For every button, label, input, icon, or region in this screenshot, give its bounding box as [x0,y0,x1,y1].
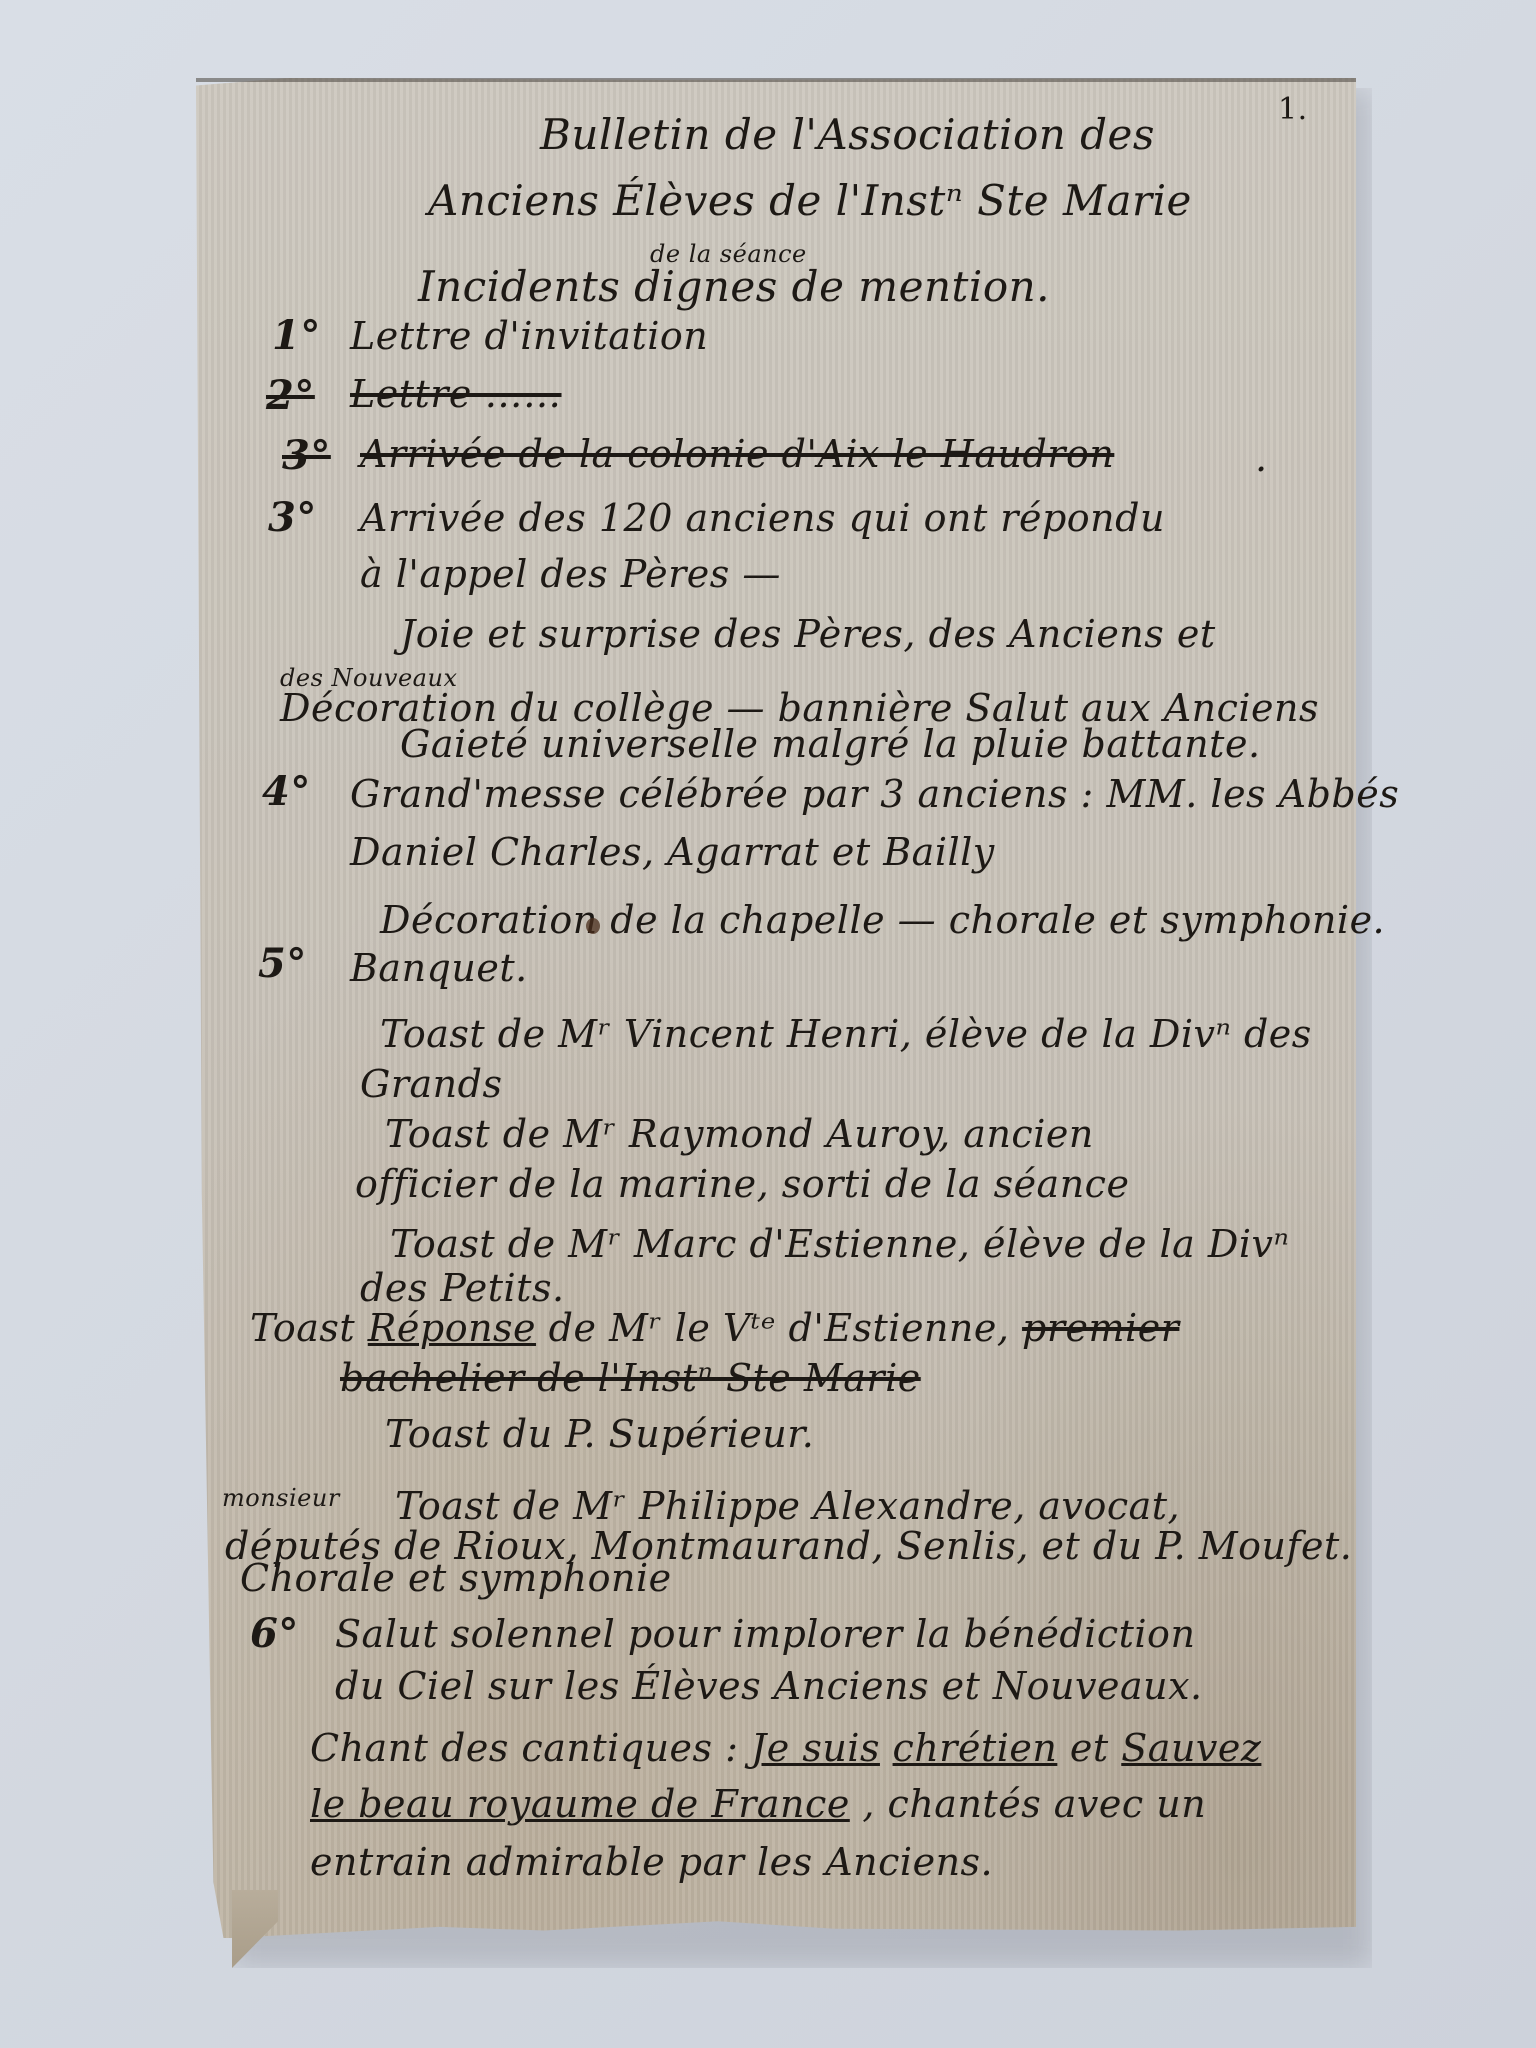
item-3-text-struck: Arrivée de la colonie d'Aix le Haudron [360,432,1114,476]
item-number-3b: 3° [268,494,317,541]
chapel-decoration-line: Décoration de la chapelle — chorale et s… [380,898,1385,942]
chretien-underlined: chrétien [893,1726,1058,1770]
margin-note: monsieur [222,1484,340,1512]
item-6-line-1: Salut solennel pour implorer la bénédict… [335,1612,1195,1656]
cantiques-line-1: Chant des cantiques : Je suis chrétien e… [310,1726,1261,1770]
toast-marc-line-1: Toast de Mʳ Marc d'Estienne, élève de la… [390,1222,1289,1266]
chantes-avec: , chantés avec un [850,1782,1206,1826]
premier-struck: premier [1022,1306,1179,1350]
item-number-4: 4° [262,768,311,815]
item-2-text-struck: Lettre …… [350,372,562,416]
item-number-2-struck: 2° [266,372,315,419]
toast-vincent-line-1: Toast de Mʳ Vincent Henri, élève de la D… [380,1012,1312,1056]
sauvez-underlined: Sauvez [1121,1726,1261,1770]
item-4-line-1: Grand'messe célébrée par 3 anciens : MM.… [350,772,1399,816]
item-4-line-2: Daniel Charles, Agarrat et Bailly [350,830,995,874]
toast-philippe-line-1: Toast de Mʳ Philippe Alexandre, avocat, [395,1484,1180,1528]
item-number-6: 6° [250,1610,299,1657]
toast-marc-line-2: des Petits. [360,1266,565,1310]
item-number-3-struck: 3° [282,432,331,479]
space [880,1726,893,1770]
item-5-banquet: Banquet. [350,946,528,990]
cantiques-line-3: entrain admirable par les Anciens. [310,1840,993,1884]
toast-reponse-line-2-struck: bachelier de l'Instⁿ Ste Marie [340,1356,921,1400]
item-1-text: Lettre d'invitation [350,314,708,358]
toast-word: Toast [250,1306,368,1350]
toast-raymond-line-2: officier de la marine, sorti de la séanc… [355,1162,1129,1206]
and-word: et [1057,1726,1121,1770]
title-line-2: Anciens Élèves de l'Instⁿ Ste Marie [428,176,1192,225]
item-6-line-2: du Ciel sur les Élèves Anciens et Nouvea… [335,1664,1203,1708]
toast-reponse-line-1: Toast Réponse de Mʳ le Vᵗᵉ d'Estienne, p… [250,1306,1179,1350]
toast-raymond-line-1: Toast de Mʳ Raymond Auroy, ancien [385,1112,1094,1156]
je-suis-underlined: Je suis [751,1726,880,1770]
beau-royaume-underlined: le beau royaume de France [310,1782,850,1826]
paper-top-edge [196,78,1356,82]
item-3-period: . [1255,436,1268,480]
item-number-5: 5° [258,940,307,987]
toast-reponse-middle: de Mʳ le Vᵗᵉ d'Estienne, [536,1306,1022,1350]
item-3b-line-1: Arrivée des 120 anciens qui ont répondu [360,496,1165,540]
reponse-underlined: Réponse [368,1306,536,1350]
joy-line: Joie et surprise des Pères, des Anciens … [400,612,1216,656]
toast-vincent-line-2: Grands [360,1062,502,1106]
item-number-1: 1° [272,312,321,359]
toast-superieur: Toast du P. Supérieur. [385,1412,814,1456]
subtitle: Incidents dignes de mention. [418,262,1050,311]
cantiques-intro: Chant des cantiques : [310,1726,751,1770]
item-3b-line-2: à l'appel des Pères — [360,552,781,596]
cantiques-line-2: le beau royaume de France , chantés avec… [310,1782,1206,1826]
ink-blot [586,918,600,934]
title-line-1: Bulletin de l'Association des [540,110,1155,159]
page-number: 1. [1278,92,1308,127]
chorale-symphonie-line: Chorale et symphonie [240,1556,672,1600]
gaiety-line: Gaieté universelle malgré la pluie batta… [400,722,1261,766]
